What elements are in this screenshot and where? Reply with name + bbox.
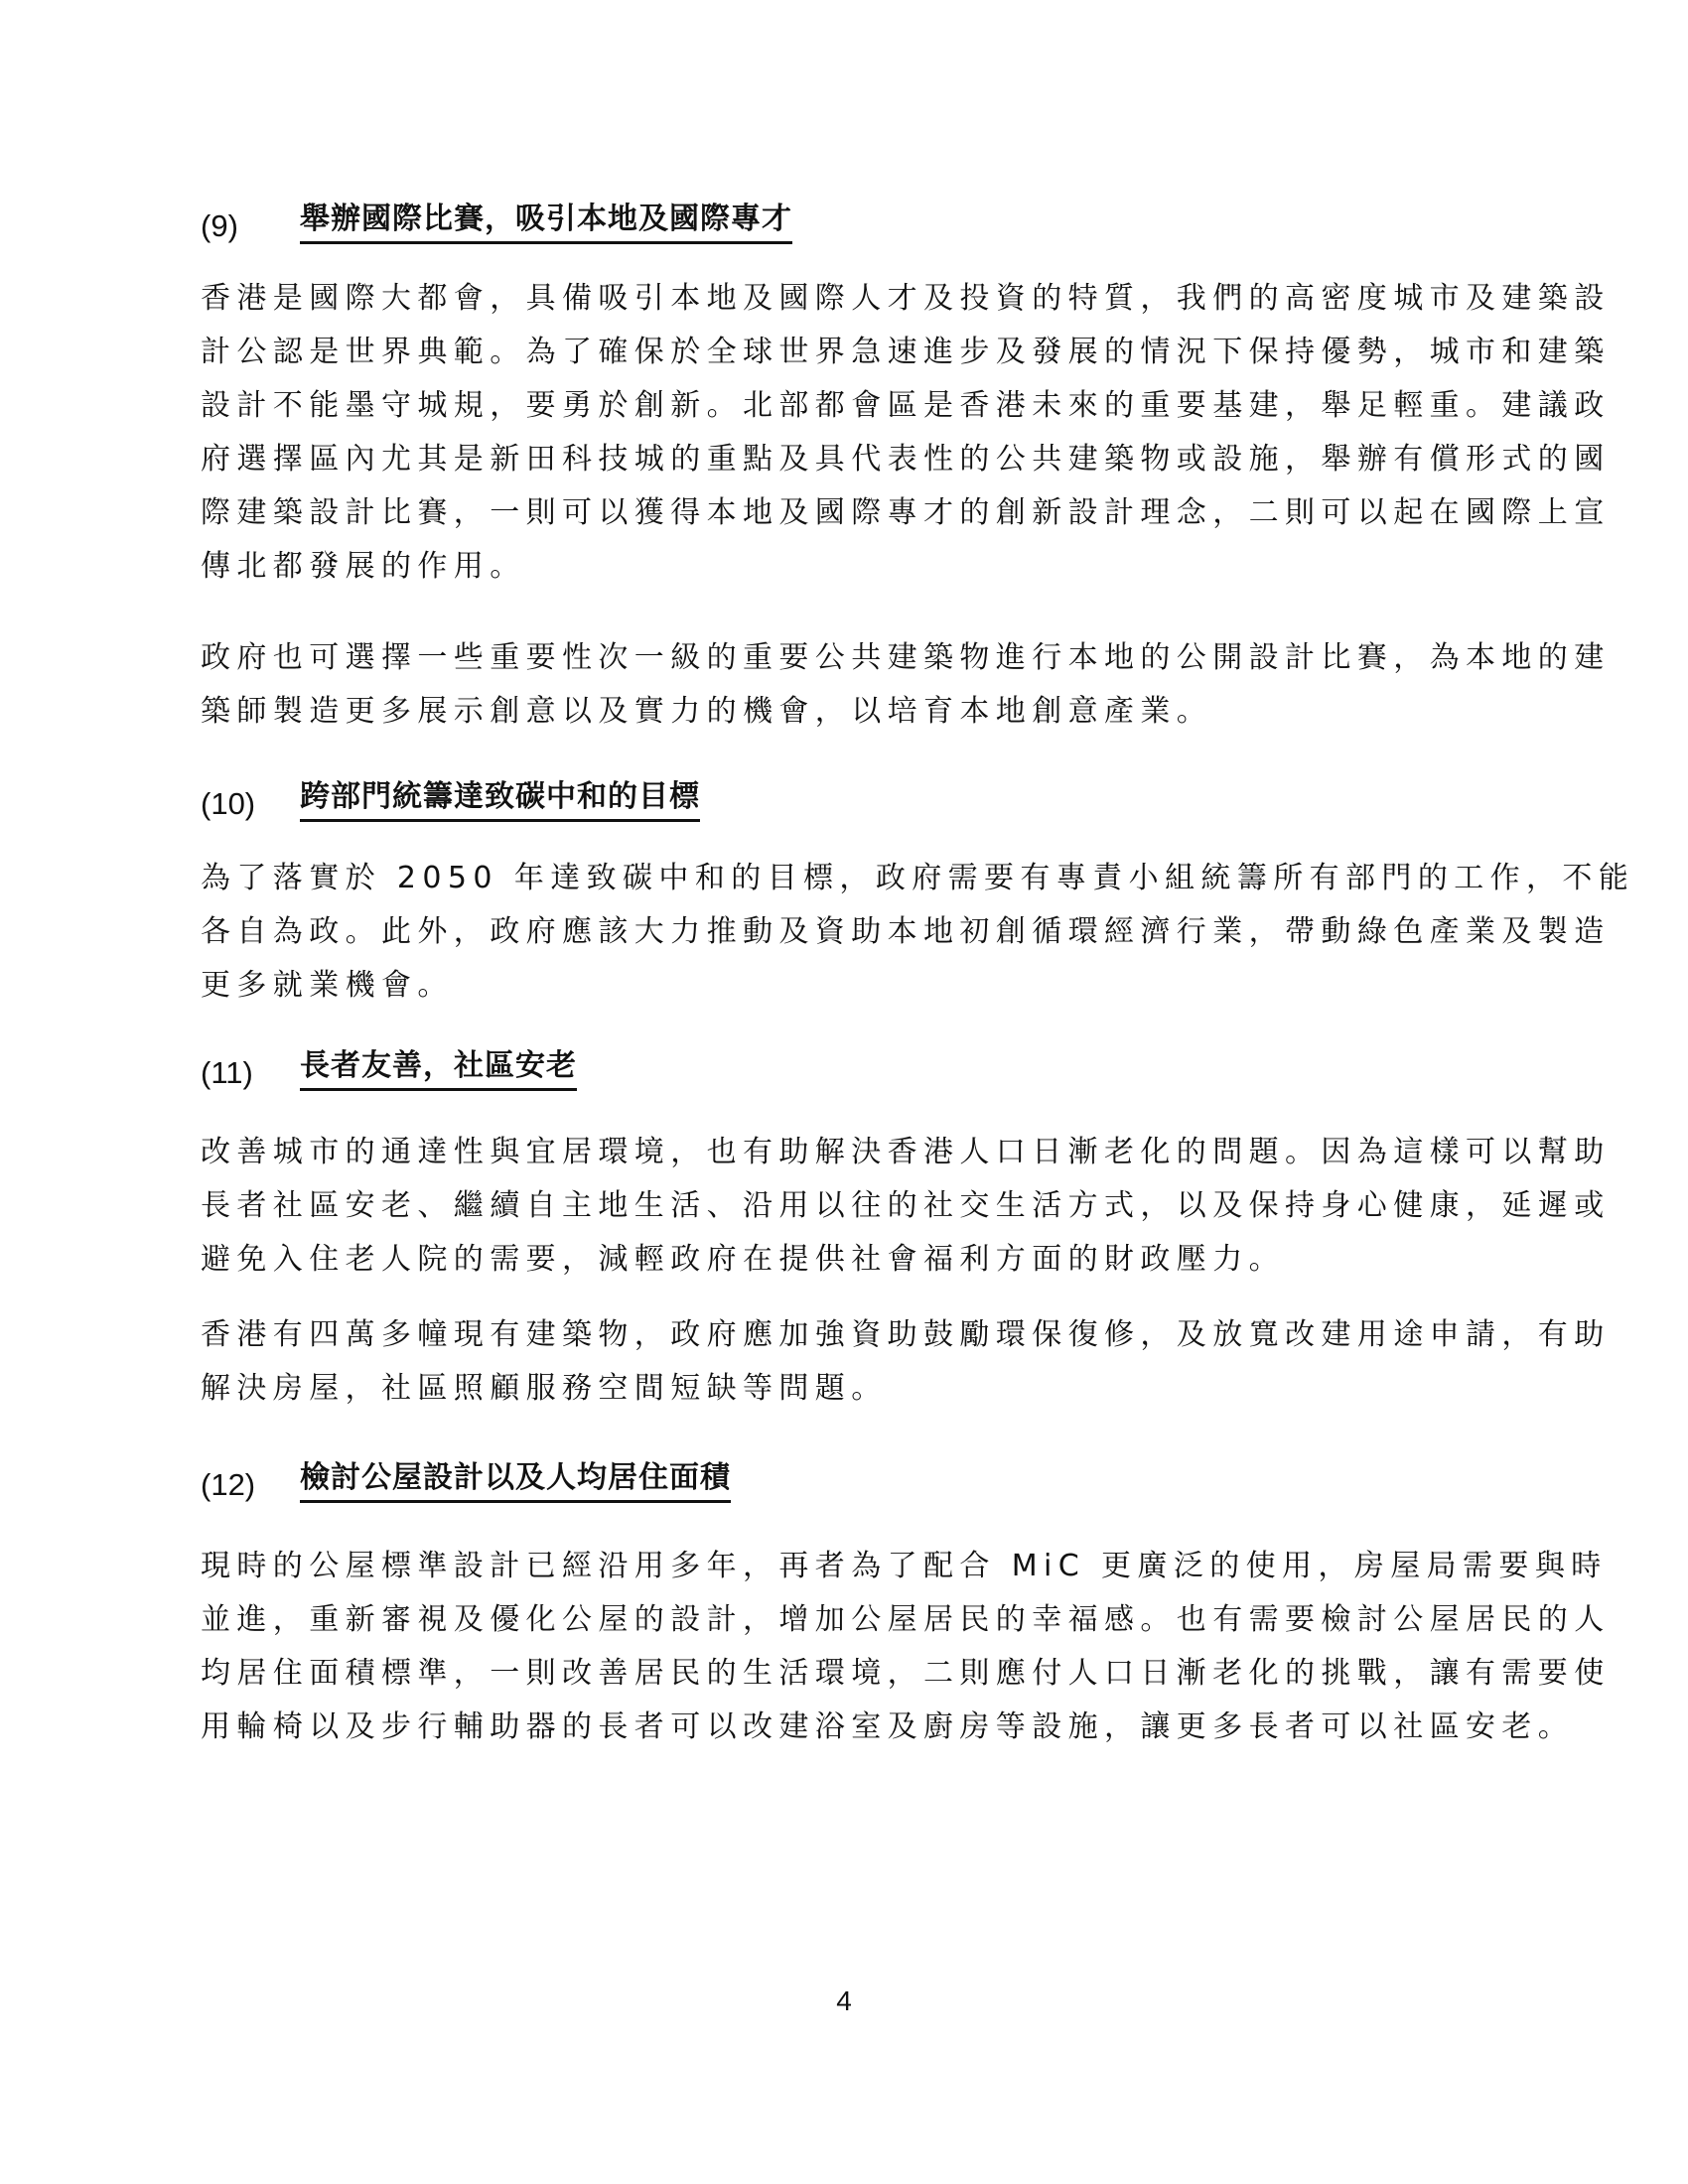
text-line: 改善城市的通達性與宜居環境，也有助解決香港人口日漸老化的問題。因為這樣可以幫助 (201, 1126, 1487, 1179)
text-line: 香港是國際大都會，具備吸引本地及國際人才及投資的特質，我們的高密度城市及建築設 (201, 272, 1487, 326)
text-line: 傳北都發展的作用。 (201, 540, 1487, 594)
text-line: 均居住面積標準，一則改善居民的生活環境，二則應付人口日漸老化的挑戰，讓有需要使 (201, 1647, 1487, 1701)
text-line: 計公認是世界典範。為了確保於全球世界急速進步及發展的情況下保持優勢，城市和建築 (201, 326, 1487, 379)
paragraph: 改善城市的通達性與宜居環境，也有助解決香港人口日漸老化的問題。因為這樣可以幫助 … (201, 1126, 1487, 1287)
paragraph: 政府也可選擇一些重要性次一級的重要公共建築物進行本地的公開設計比賽，為本地的建 … (201, 631, 1487, 739)
text-line: 解決房屋，社區照顧服務空間短缺等問題。 (201, 1362, 1487, 1416)
section-number: (12) (201, 1467, 300, 1503)
text-line: 設計不能墨守城規，要勇於創新。北部都會區是香港未來的重要基建，舉足輕重。建議政 (201, 379, 1487, 433)
section-title: 舉辦國際比賽，吸引本地及國際專才 (300, 194, 792, 244)
text-line: 際建築設計比賽，一則可以獲得本地及國際專才的創新設計理念，二則可以起在國際上宣 (201, 486, 1487, 540)
text-line: 並進，重新審視及優化公屋的設計，增加公屋居民的幸福感。也有需要檢討公屋居民的人 (201, 1593, 1487, 1647)
section-title: 檢討公屋設計以及人均居住面積 (300, 1452, 731, 1503)
paragraph: 為了落實於 2050 年達致碳中和的目標，政府需要有專責小組統籌所有部門的工作，… (201, 852, 1487, 1013)
paragraph: 香港有四萬多幢現有建築物，政府應加強資助鼓勵環保復修，及放寬改建用途申請，有助 … (201, 1308, 1487, 1416)
section-heading-9: (9) 舉辦國際比賽，吸引本地及國際專才 (201, 201, 792, 244)
section-number: (9) (201, 208, 300, 244)
paragraph: 香港是國際大都會，具備吸引本地及國際人才及投資的特質，我們的高密度城市及建築設 … (201, 272, 1487, 594)
section-heading-12: (12) 檢討公屋設計以及人均居住面積 (201, 1459, 731, 1503)
section-heading-10: (10) 跨部門統籌達致碳中和的目標 (201, 778, 700, 822)
text-line: 避免入住老人院的需要，減輕政府在提供社會福利方面的財政壓力。 (201, 1233, 1487, 1287)
text-line: 築師製造更多展示創意以及實力的機會，以培育本地創意產業。 (201, 685, 1487, 739)
text-line: 為了落實於 2050 年達致碳中和的目標，政府需要有專責小組統籌所有部門的工作，… (201, 852, 1487, 905)
section-title: 跨部門統籌達致碳中和的目標 (300, 771, 700, 822)
paragraph: 現時的公屋標準設計已經沿用多年，再者為了配合 MiC 更廣泛的使用，房屋局需要與… (201, 1540, 1487, 1754)
text-line: 各自為政。此外，政府應該大力推動及資助本地初創循環經濟行業，帶動綠色產業及製造 (201, 905, 1487, 959)
page-number: 4 (0, 1985, 1688, 2017)
section-heading-11: (11) 長者友善，社區安老 (201, 1047, 577, 1091)
text-line: 用輪椅以及步行輔助器的長者可以改建浴室及廚房等設施，讓更多長者可以社區安老。 (201, 1701, 1487, 1754)
text-line: 香港有四萬多幢現有建築物，政府應加強資助鼓勵環保復修，及放寬改建用途申請，有助 (201, 1308, 1487, 1362)
section-number: (10) (201, 786, 300, 822)
text-line: 府選擇區內尤其是新田科技城的重點及具代表性的公共建築物或設施，舉辦有償形式的國 (201, 433, 1487, 486)
text-line: 更多就業機會。 (201, 959, 1487, 1013)
section-number: (11) (201, 1055, 300, 1091)
text-line: 現時的公屋標準設計已經沿用多年，再者為了配合 MiC 更廣泛的使用，房屋局需要與… (201, 1540, 1487, 1593)
text-line: 長者社區安老、繼續自主地生活、沿用以往的社交生活方式，以及保持身心健康，延遲或 (201, 1179, 1487, 1233)
section-title: 長者友善，社區安老 (300, 1040, 577, 1091)
text-line: 政府也可選擇一些重要性次一級的重要公共建築物進行本地的公開設計比賽，為本地的建 (201, 631, 1487, 685)
